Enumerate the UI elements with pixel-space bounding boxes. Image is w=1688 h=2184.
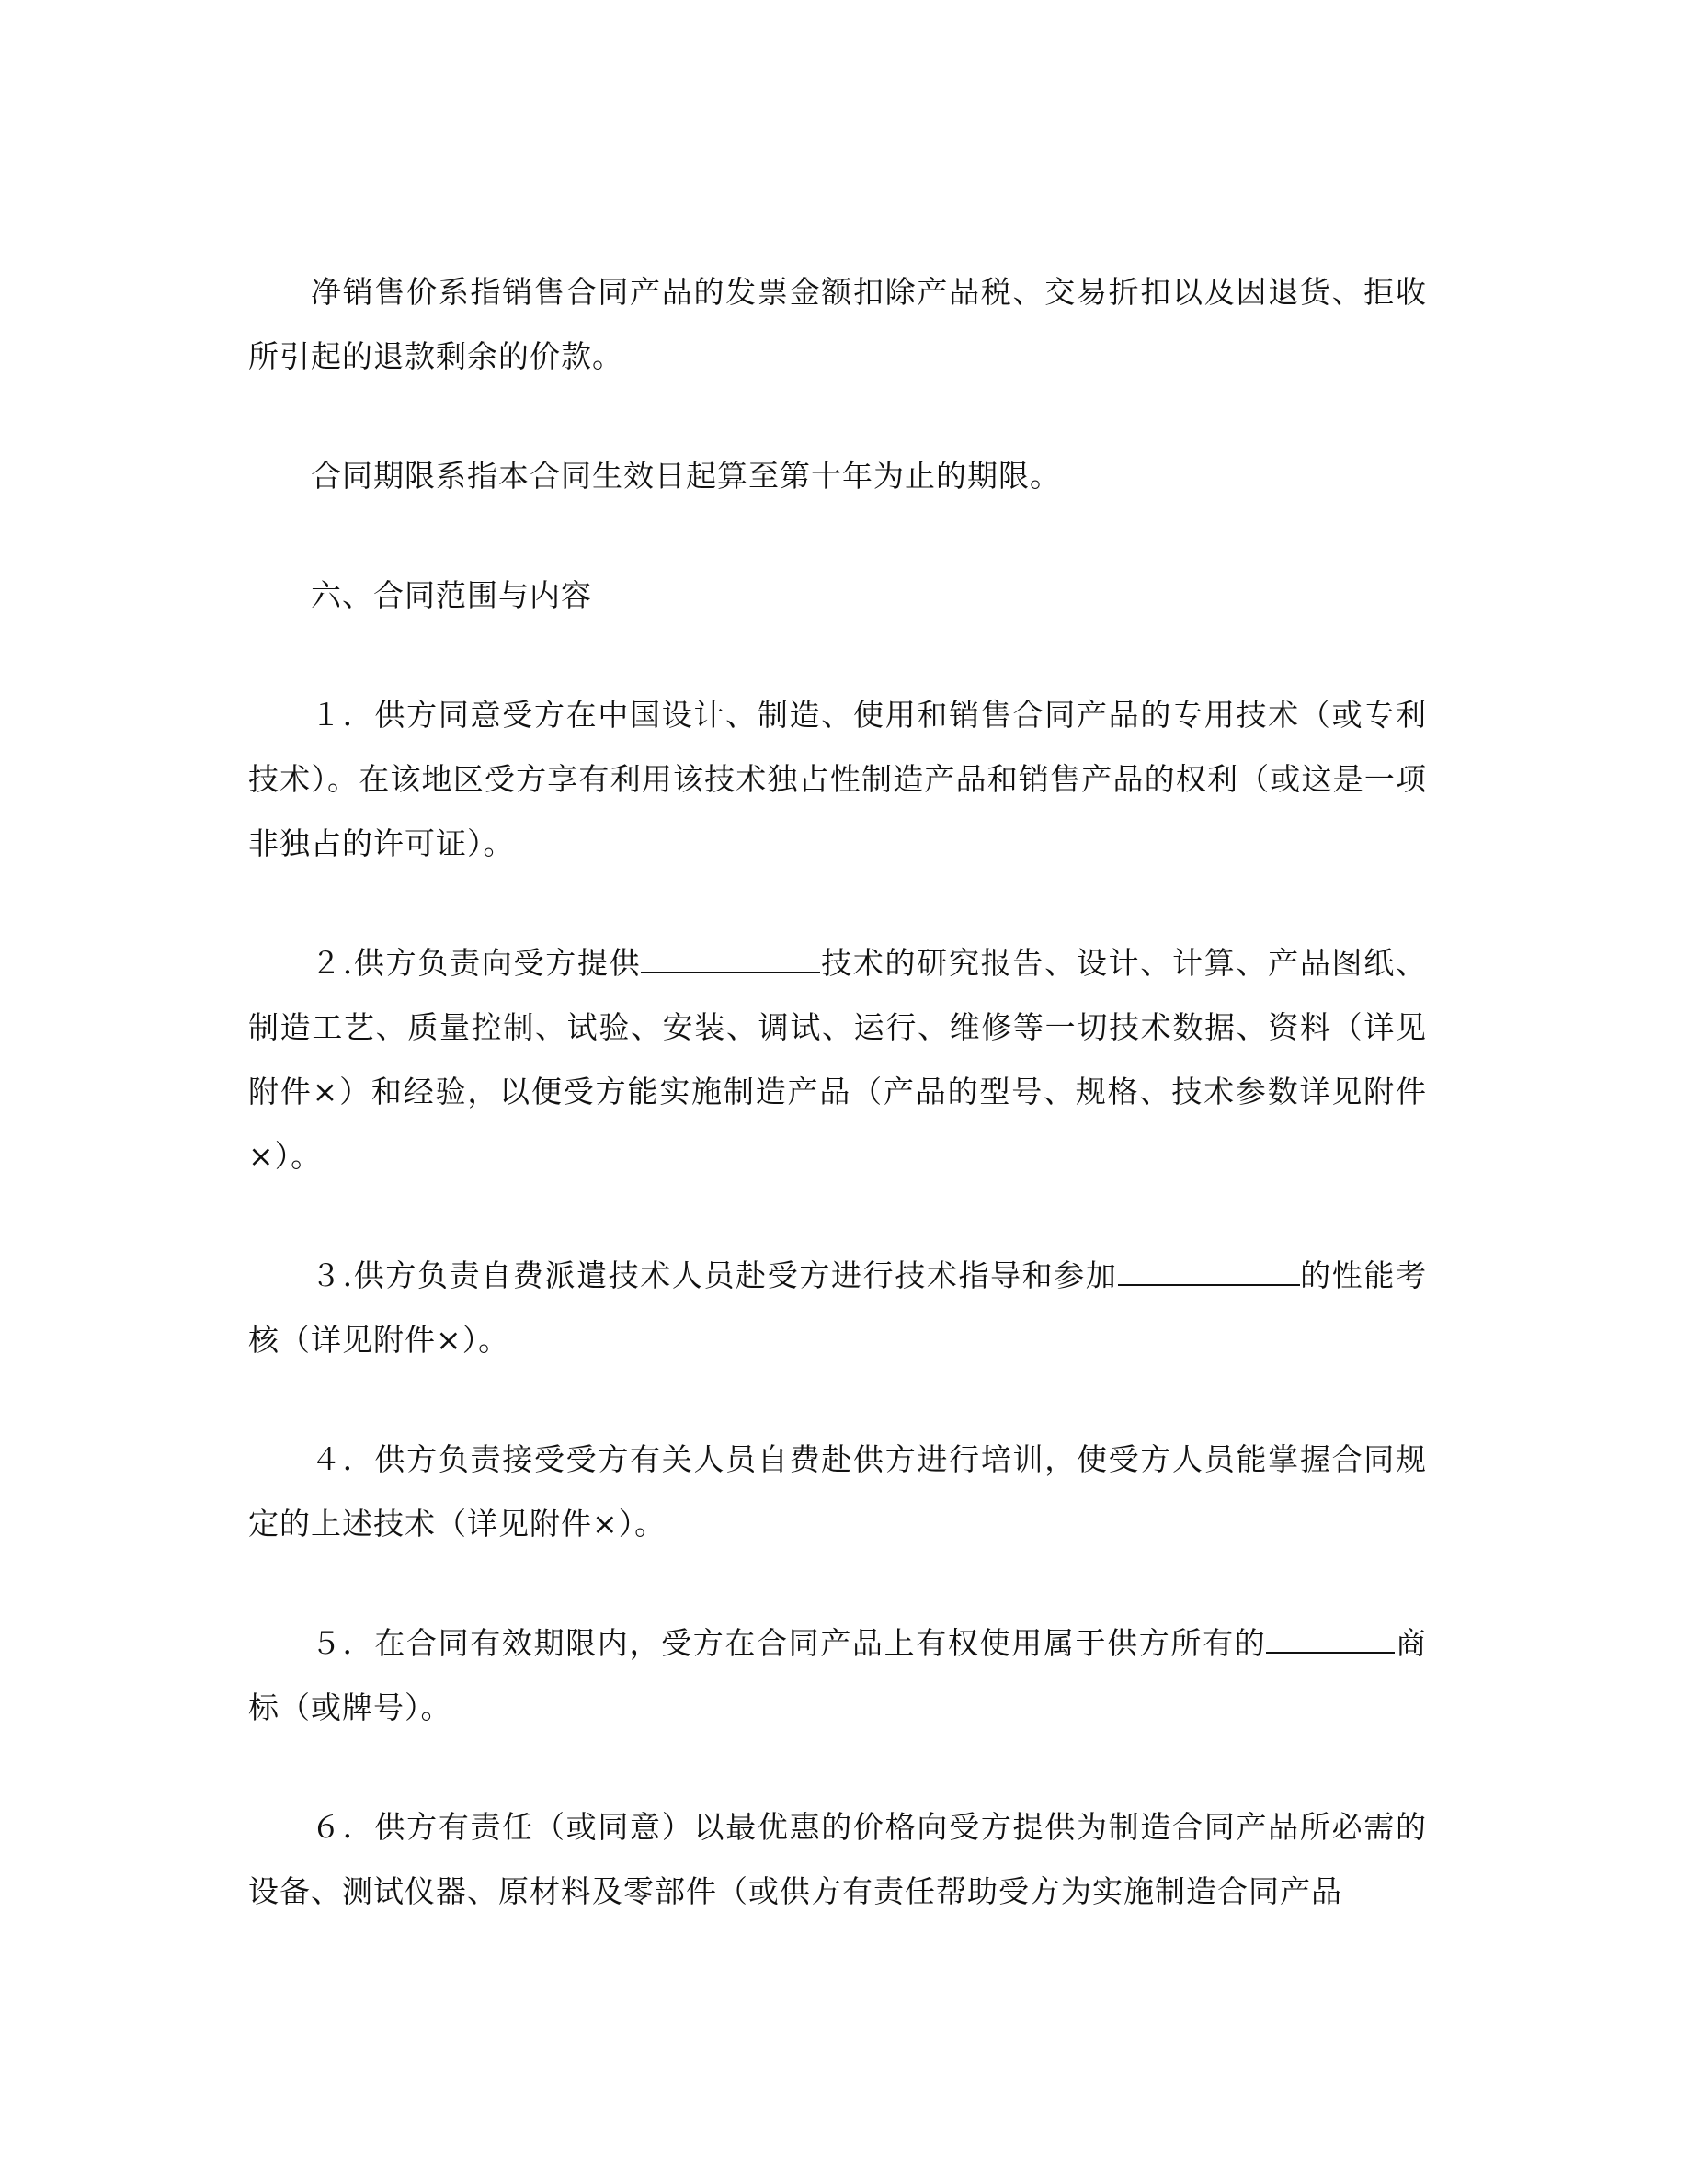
clause-5: ５．在合同有效期限内，受方在合同产品上有权使用属于供方所有的商标（或牌号）。: [248, 1611, 1427, 1740]
clause-1: １．供方同意受方在中国设计、制造、使用和销售合同产品的专用技术（或专利技术）。在…: [248, 683, 1427, 876]
clause-2-text-before: ２.供方负责向受方提供: [311, 945, 641, 981]
clause-2: ２.供方负责向受方提供技术的研究报告、设计、计算、产品图纸、制造工艺、质量控制、…: [248, 931, 1427, 1189]
document-page: 净销售价系指销售合同产品的发票金额扣除产品税、交易折扣以及因退货、拒收所引起的退…: [248, 260, 1427, 1924]
fill-in-blank-trademark: [1266, 1624, 1395, 1654]
clause-4: ４．供方负责接受受方有关人员自费赴供方进行培训，使受方人员能掌握合同规定的上述技…: [248, 1428, 1427, 1556]
clause-3: ３.供方负责自费派遣技术人员赴受方进行技术指导和参加的性能考核（详见附件×）。: [248, 1244, 1427, 1372]
clause-5-text-before: ５．在合同有效期限内，受方在合同产品上有权使用属于供方所有的: [311, 1625, 1266, 1661]
section-heading-scope: 六、合同范围与内容: [248, 563, 1427, 628]
clause-6: ６．供方有责任（或同意）以最优惠的价格向受方提供为制造合同产品所必需的设备、测试…: [248, 1795, 1427, 1924]
paragraph-net-sales-definition: 净销售价系指销售合同产品的发票金额扣除产品税、交易折扣以及因退货、拒收所引起的退…: [248, 260, 1427, 389]
clause-3-text-before: ３.供方负责自费派遣技术人员赴受方进行技术指导和参加: [311, 1257, 1118, 1293]
paragraph-contract-term-definition: 合同期限系指本合同生效日起算至第十年为止的期限。: [248, 444, 1427, 508]
fill-in-blank-technology: [641, 944, 820, 973]
fill-in-blank-performance-test: [1118, 1257, 1300, 1286]
